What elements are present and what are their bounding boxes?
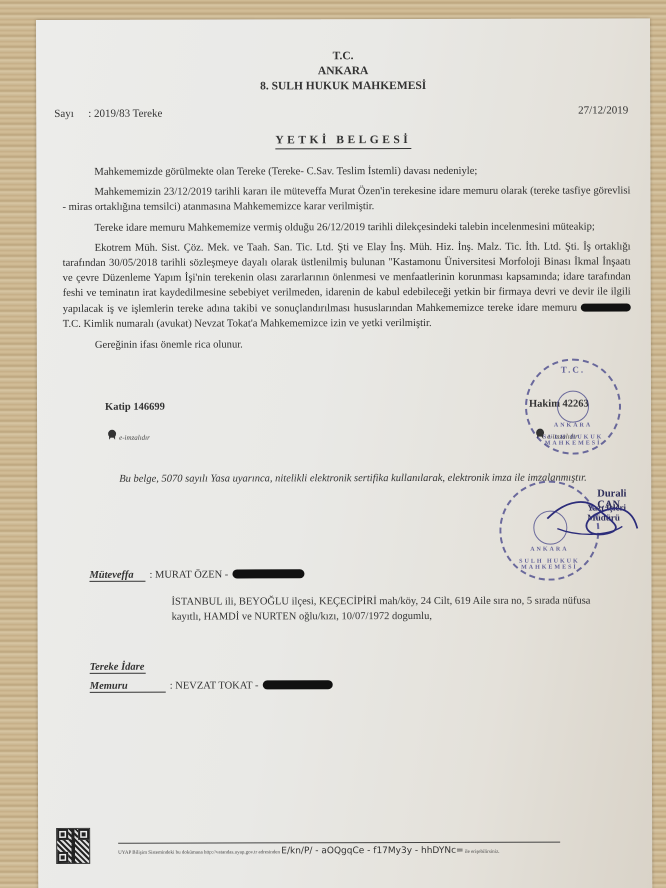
- case-number-label: Sayı: [54, 108, 88, 120]
- crescent-icon: [557, 391, 589, 423]
- paragraph-4-text: Ekotrem Müh. Sist. Çöz. Mek. ve Taah. Sa…: [63, 241, 631, 314]
- redacted-id: [232, 569, 304, 578]
- muteveffa-details: İSTANBUL ili, BEYOĞLU ilçesi, KEÇECİPİRİ…: [172, 593, 612, 624]
- footer-verification: UYAP Bilişim Sistemindeki bu dokümana ht…: [118, 846, 499, 857]
- paragraph-1: Mahkememizde görülmekte olan Tereke (Ter…: [62, 163, 630, 180]
- muteveffa-value: : MURAT ÖZEN -: [149, 569, 228, 580]
- footer-divider: [118, 842, 560, 844]
- idare-value: : NEVZAT TOKAT -: [170, 680, 259, 691]
- paragraph-4: Ekotrem Müh. Sist. Çöz. Mek. ve Taah. Sa…: [63, 239, 631, 332]
- case-number: Sayı: 2019/83 Tereke: [54, 108, 162, 120]
- document-date: 27/12/2019: [578, 104, 628, 116]
- redacted-id: [581, 304, 631, 312]
- paragraph-3: Tereke idare memuru Mahkememize vermiş o…: [63, 219, 631, 236]
- paragraph-4-text-end: T.C. Kimlik numaralı (avukat) Nevzat Tok…: [63, 318, 432, 330]
- idare-label-2: Memuru: [90, 681, 166, 693]
- katip-signature: Katip 146699: [105, 402, 165, 413]
- document-body: Mahkememizde görülmekte olan Tereke (Ter…: [62, 163, 631, 358]
- idare-label-1: Tereke İdare: [90, 662, 146, 674]
- case-number-value: : 2019/83 Tereke: [88, 108, 162, 120]
- qr-code: [56, 828, 90, 864]
- paragraph-2: Mahkememizin 23/12/2019 tarihli kararı i…: [62, 184, 630, 216]
- handwritten-signature: [537, 488, 647, 548]
- court-stamp-hakim: T.C. ANKARA SULH HUKUK MAHKEMESİ: [525, 358, 621, 454]
- verification-code: E/kn/P/ - aOQgqCe - f17My3y - hhDYNc=: [281, 846, 463, 856]
- document-page: T.C. ANKARA 8. SULH HUKUK MAHKEMESİ Sayı…: [36, 18, 652, 888]
- idare-memuru-row: Tereke İdare Memuru : NEVZAT TOKAT -: [90, 661, 333, 694]
- muteveffa-row: Müteveffa : MURAT ÖZEN -: [89, 564, 304, 583]
- rosette-icon: [107, 430, 117, 442]
- redacted-id: [263, 680, 333, 689]
- header-city: ANKARA: [36, 63, 650, 80]
- paragraph-5: Gereğinin ifası önemle rica olunur.: [63, 336, 631, 353]
- document-title: YETKİ BELGESİ: [36, 133, 650, 147]
- muteveffa-label: Müteveffa: [89, 570, 145, 582]
- header-tc: T.C.: [36, 48, 650, 65]
- katip-esig: e-imzalıdır: [107, 430, 150, 442]
- header-court: 8. SULH HUKUK MAHKEMESİ: [36, 78, 650, 95]
